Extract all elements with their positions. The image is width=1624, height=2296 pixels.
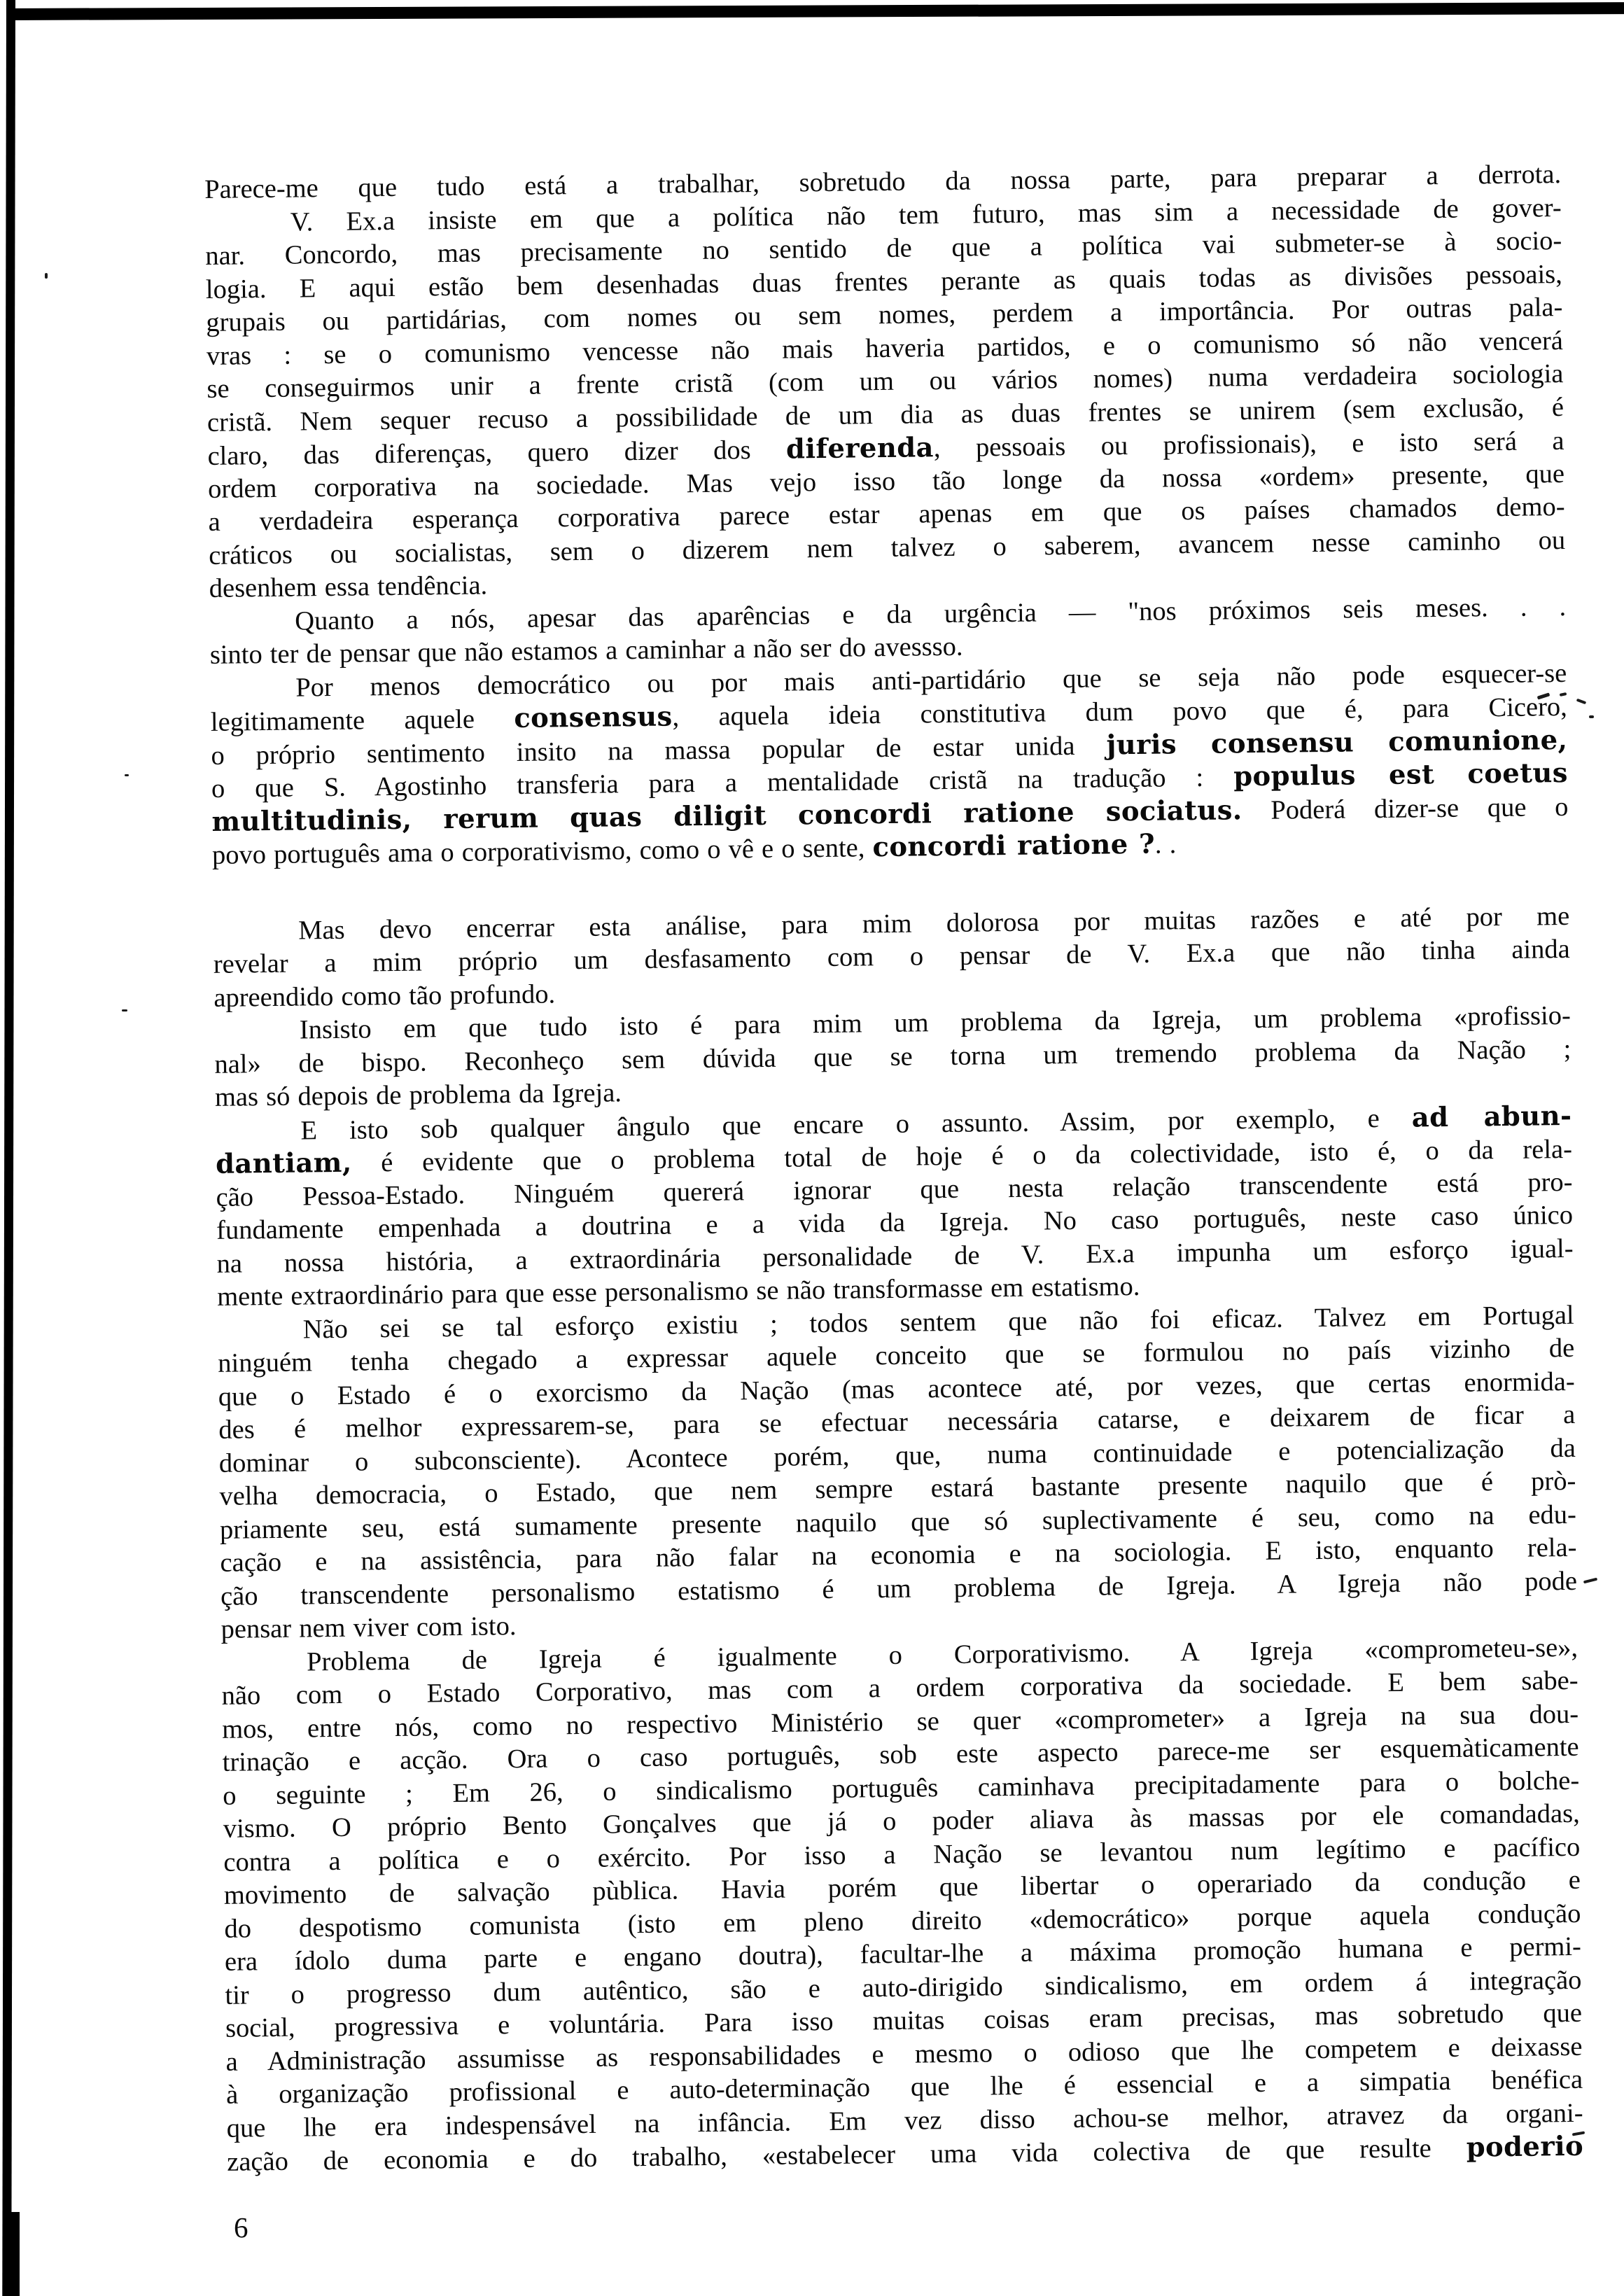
text-run: pensar nem viver com isto. (220, 1611, 516, 1644)
text-run: desenhem essa tendência. (209, 570, 487, 603)
text-run: Poderá dizer-se que o (1242, 792, 1568, 825)
scan-artifact-left-bar (2, 0, 15, 2296)
document-page: Parece-me que tudo está a trabalhar, sob… (0, 0, 1624, 2296)
text-run: povo português ama o corporativismo, com… (212, 833, 873, 870)
bold-text-run: diferenda (786, 432, 934, 465)
text-block: Parece-me que tudo está a trabalhar, sob… (204, 158, 1583, 2178)
text-run: legitimamente aquele (211, 704, 514, 737)
scan-artifact-speck (1589, 715, 1594, 718)
page-number: 6 (234, 2211, 248, 2244)
scan-artifact-speck (122, 1009, 127, 1011)
scan-artifact-speck (45, 273, 48, 279)
text-run: . . (1155, 829, 1177, 859)
text-run: mas só depois de problema da Igreja. (215, 1078, 622, 1112)
text-run: claro, das diferenças, quero dizer dos (207, 435, 786, 471)
bold-text-run: consensus (514, 701, 673, 734)
bold-text-run: dantiam, (216, 1147, 352, 1180)
text-run: apreendido como tão profundo. (213, 979, 555, 1013)
bold-text-run: populus est coetus (1233, 757, 1568, 792)
bold-text-run: concordi ratione ? (872, 829, 1155, 864)
bold-text-run: ad abun- (1411, 1100, 1571, 1133)
scan-artifact-left-corner (3, 2212, 20, 2296)
scan-artifact-speck (1583, 1578, 1597, 1584)
scan-artifact-squiggle (1576, 699, 1587, 705)
text-run: , pessoais ou profissionais), e isto ser… (934, 426, 1564, 463)
text-run: sinto ter de pensar que não estamos a ca… (210, 632, 963, 670)
bold-text-run: juris consensu comunione, (1106, 724, 1567, 760)
scan-artifact-speck (125, 774, 129, 776)
bold-text-run: poderio (1466, 2131, 1583, 2164)
scan-artifact-top-bar (10, 2, 1624, 20)
